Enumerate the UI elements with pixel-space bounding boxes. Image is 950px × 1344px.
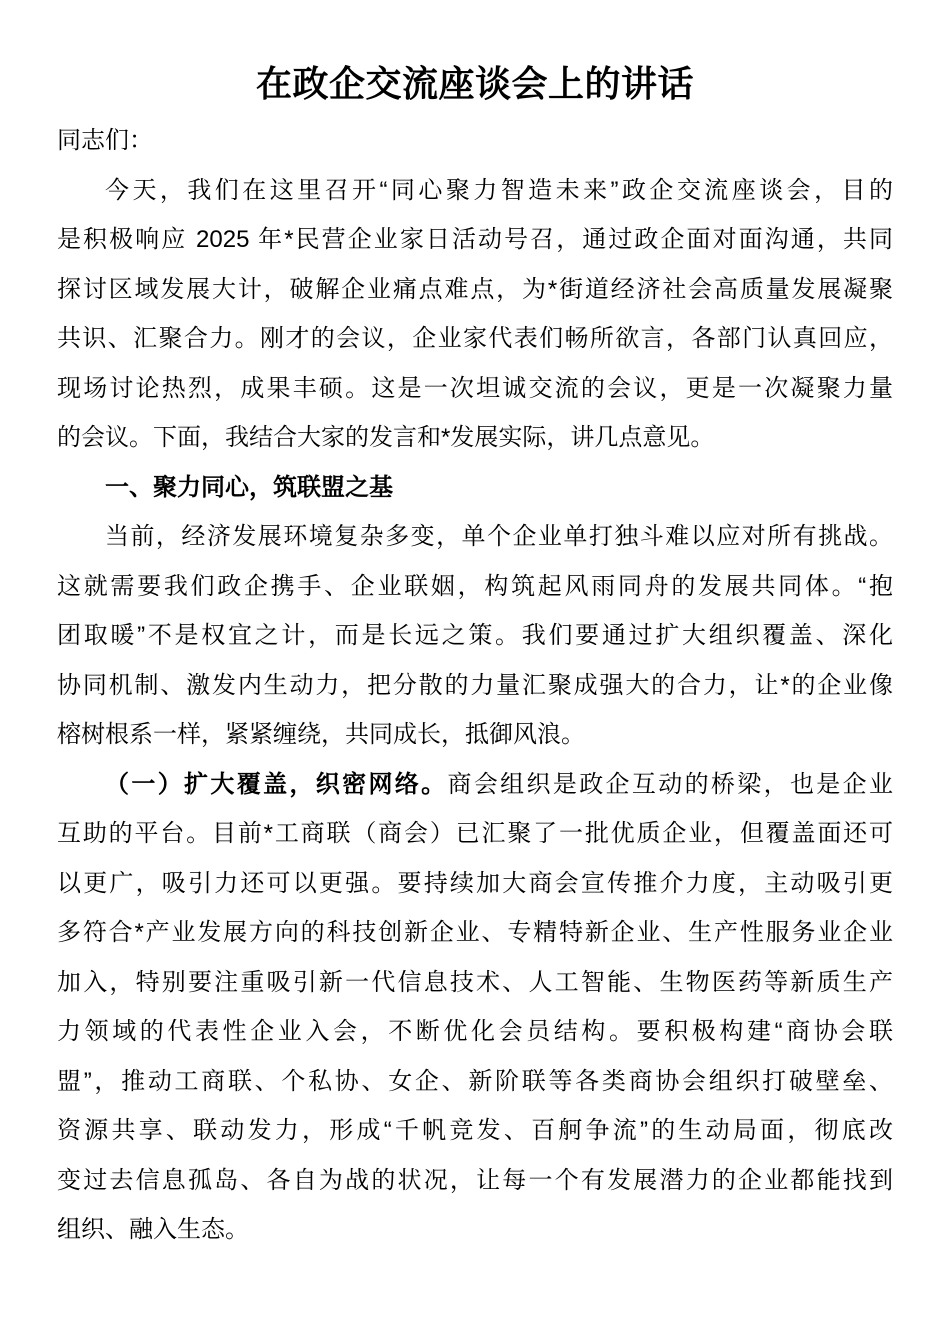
document-title: 在政企交流座谈会上的讲话 [0, 0, 950, 106]
document-line: 力领域的代表性企业入会，不断优化会员结构。要积极构建“商协会联 [57, 1007, 893, 1057]
document-line: 今天，我们在这里召开“同心聚力智造未来”政企交流座谈会，目的 [57, 166, 893, 216]
document-line: 盟”，推动工商联、个私协、女企、新阶联等各类商协会组织打破壁垒、 [57, 1057, 893, 1107]
document-line: 当前，经济发展环境复杂多变，单个企业单打独斗难以应对所有挑战。 [57, 512, 893, 562]
document-line: 现场讨论热烈，成果丰硕。这是一次坦诚交流的会议，更是一次凝聚力量 [57, 364, 893, 414]
document-line: 探讨区域发展大计，破解企业痛点难点，为*街道经济社会高质量发展凝聚 [57, 265, 893, 315]
document-line: 榕树根系一样，紧紧缠绕，共同成长，抵御风浪。 [57, 710, 893, 760]
document-line: 是积极响应 2025 年*民营企业家日活动号召，通过政企面对面沟通，共同 [57, 215, 893, 265]
document-line: 团取暖”不是权宜之计，而是长远之策。我们要通过扩大组织覆盖、深化 [57, 611, 893, 661]
document-body: 同志们：今天，我们在这里召开“同心聚力智造未来”政企交流座谈会，目的是积极响应 … [57, 116, 893, 1255]
document-line: 共识、汇聚合力。刚才的会议，企业家代表们畅所欲言，各部门认真回应， [57, 314, 893, 364]
document-line: 以更广，吸引力还可以更强。要持续加大商会宣传推介力度，主动吸引更 [57, 859, 893, 909]
document-line: 变过去信息孤岛、各自为战的状况，让每一个有发展潜力的企业都能找到 [57, 1156, 893, 1206]
salutation-line: 同志们： [57, 116, 893, 166]
document-line: 协同机制、激发内生动力，把分散的力量汇聚成强大的合力，让*的企业像 [57, 661, 893, 711]
heading-line: 一、聚力同心，筑联盟之基 [57, 463, 893, 513]
document-line: 资源共享、联动发力，形成“千帆竞发、百舸争流”的生动局面，彻底改 [57, 1106, 893, 1156]
document-line: 这就需要我们政企携手、企业联姻，构筑起风雨同舟的发展共同体。“抱 [57, 562, 893, 612]
document-line: 互助的平台。目前*工商联（商会）已汇聚了一批优质企业，但覆盖面还可 [57, 809, 893, 859]
document-line: 的会议。下面，我结合大家的发言和*发展实际，讲几点意见。 [57, 413, 893, 463]
document-line: 加入，特别要注重吸引新一代信息技术、人工智能、生物医药等新质生产 [57, 958, 893, 1008]
document-line: （一）扩大覆盖，织密网络。商会组织是政企互动的桥梁，也是企业 [57, 760, 893, 810]
document-line: 多符合*产业发展方向的科技创新企业、专精特新企业、生产性服务业企业 [57, 908, 893, 958]
document-line: 组织、融入生态。 [57, 1205, 893, 1255]
document-page: 在政企交流座谈会上的讲话 同志们：今天，我们在这里召开“同心聚力智造未来”政企交… [0, 0, 950, 1344]
